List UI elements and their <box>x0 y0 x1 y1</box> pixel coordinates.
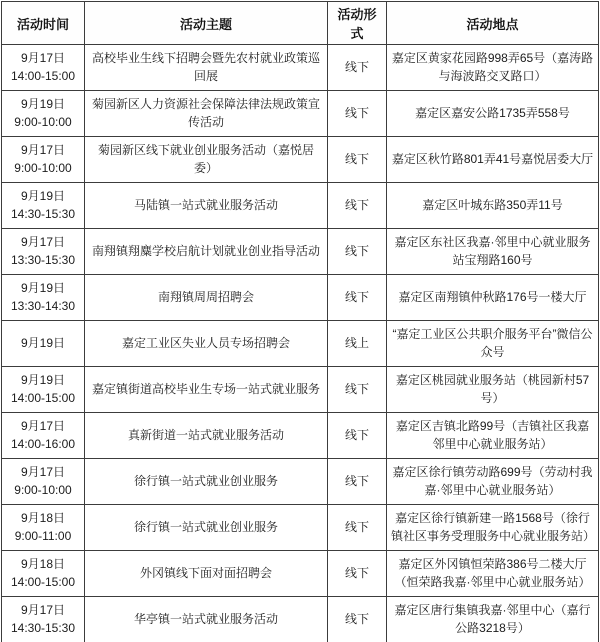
activity-time-range: 9:00-11:00 <box>6 528 80 545</box>
cell-activity-theme: 高校毕业生线下招聘会暨先农村就业政策巡回展 <box>85 45 328 91</box>
table-row: 9月17日 14:00-16:00 真新街道一站式就业服务活动 线下 嘉定区吉镇… <box>2 413 599 459</box>
cell-activity-theme: 南翔镇周周招聘会 <box>85 275 328 321</box>
cell-activity-location: 嘉定区南翔镇仲秋路176号一楼大厅 <box>387 275 599 321</box>
table-header: 活动时间 活动主题 活动形式 活动地点 <box>2 2 599 45</box>
cell-activity-format: 线下 <box>328 459 387 505</box>
table-row: 9月19日 13:30-14:30 南翔镇周周招聘会 线下 嘉定区南翔镇仲秋路1… <box>2 275 599 321</box>
activity-date: 9月17日 <box>6 50 80 67</box>
table-row: 9月17日 14:00-15:00 高校毕业生线下招聘会暨先农村就业政策巡回展 … <box>2 45 599 91</box>
activity-time-range: 14:30-15:30 <box>6 620 80 637</box>
activity-date: 9月17日 <box>6 142 80 159</box>
cell-activity-time: 9月19日 14:00-15:00 <box>2 367 85 413</box>
cell-activity-location: 嘉定区叶城东路350弄11号 <box>387 183 599 229</box>
cell-activity-time: 9月17日 14:00-16:00 <box>2 413 85 459</box>
cell-activity-time: 9月19日 9:00-10:00 <box>2 91 85 137</box>
table-row: 9月17日 9:00-10:00 菊园新区线下就业创业服务活动（嘉悦居委） 线下… <box>2 137 599 183</box>
cell-activity-location: 嘉定区东社区我嘉·邻里中心就业服务站宝翔路160号 <box>387 229 599 275</box>
activity-time-range: 14:00-15:00 <box>6 574 80 591</box>
activity-date: 9月17日 <box>6 464 80 481</box>
cell-activity-theme: 嘉定工业区失业人员专场招聘会 <box>85 321 328 367</box>
cell-activity-format: 线下 <box>328 45 387 91</box>
cell-activity-time: 9月19日 <box>2 321 85 367</box>
activity-time-range: 14:00-15:00 <box>6 390 80 407</box>
table-row: 9月17日 14:30-15:30 华亭镇一站式就业服务活动 线下 嘉定区唐行集… <box>2 597 599 642</box>
table-row: 9月18日 14:00-15:00 外冈镇线下面对面招聘会 线下 嘉定区外冈镇恒… <box>2 551 599 597</box>
table-row: 9月17日 9:00-10:00 徐行镇一站式就业创业服务 线下 嘉定区徐行镇劳… <box>2 459 599 505</box>
cell-activity-format: 线下 <box>328 505 387 551</box>
header-activity-time: 活动时间 <box>2 2 85 45</box>
activity-date: 9月17日 <box>6 602 80 619</box>
activity-date: 9月19日 <box>6 280 80 297</box>
cell-activity-format: 线下 <box>328 275 387 321</box>
cell-activity-location: 嘉定区外冈镇恒荣路386号二楼大厅（恒荣路我嘉·邻里中心就业服务站） <box>387 551 599 597</box>
activity-date: 9月18日 <box>6 510 80 527</box>
cell-activity-location: 嘉定区唐行集镇我嘉·邻里中心（嘉行公路3218号） <box>387 597 599 642</box>
header-activity-theme: 活动主题 <box>85 2 328 45</box>
activity-time-range: 9:00-10:00 <box>6 482 80 499</box>
header-activity-format: 活动形式 <box>328 2 387 45</box>
table-row: 9月17日 13:30-15:30 南翔镇翔麋学校启航计划就业创业指导活动 线下… <box>2 229 599 275</box>
cell-activity-theme: 外冈镇线下面对面招聘会 <box>85 551 328 597</box>
activity-date: 9月19日 <box>6 372 80 389</box>
cell-activity-time: 9月18日 9:00-11:00 <box>2 505 85 551</box>
activity-date: 9月19日 <box>6 96 80 113</box>
cell-activity-location: 嘉定区桃园就业服务站（桃园新村57号） <box>387 367 599 413</box>
activity-time-range: 9:00-10:00 <box>6 114 80 131</box>
cell-activity-location: 嘉定区徐行镇劳动路699号（劳动村我嘉·邻里中心就业服务站） <box>387 459 599 505</box>
cell-activity-format: 线下 <box>328 229 387 275</box>
activity-date: 9月19日 <box>6 335 80 352</box>
cell-activity-format: 线下 <box>328 551 387 597</box>
activity-time-range: 13:30-15:30 <box>6 252 80 269</box>
cell-activity-format: 线下 <box>328 413 387 459</box>
activity-time-range: 14:00-15:00 <box>6 68 80 85</box>
activity-time-range: 13:30-14:30 <box>6 298 80 315</box>
cell-activity-theme: 徐行镇一站式就业创业服务 <box>85 505 328 551</box>
cell-activity-format: 线下 <box>328 137 387 183</box>
cell-activity-format: 线下 <box>328 367 387 413</box>
cell-activity-format: 线上 <box>328 321 387 367</box>
cell-activity-location: 嘉定区秋竹路801弄41号嘉悦居委大厅 <box>387 137 599 183</box>
cell-activity-location: 嘉定区徐行镇新建一路1568号（徐行镇社区事务受理服务中心就业服务站） <box>387 505 599 551</box>
cell-activity-theme: 菊园新区线下就业创业服务活动（嘉悦居委） <box>85 137 328 183</box>
cell-activity-theme: 菊园新区人力资源社会保障法律法规政策宣传活动 <box>85 91 328 137</box>
cell-activity-time: 9月19日 14:30-15:30 <box>2 183 85 229</box>
cell-activity-location: 嘉定区吉镇北路99号（吉镇社区我嘉邻里中心就业服务站） <box>387 413 599 459</box>
cell-activity-location: “嘉定工业区公共职介服务平台”微信公众号 <box>387 321 599 367</box>
activity-table: 活动时间 活动主题 活动形式 活动地点 9月17日 14:00-15:00 高校… <box>1 1 599 642</box>
activity-time-range: 9:00-10:00 <box>6 160 80 177</box>
table-row: 9月19日 14:00-15:00 嘉定镇街道高校毕业生专场一站式就业服务 线下… <box>2 367 599 413</box>
table-row: 9月19日 嘉定工业区失业人员专场招聘会 线上 “嘉定工业区公共职介服务平台”微… <box>2 321 599 367</box>
table-row: 9月19日 14:30-15:30 马陆镇一站式就业服务活动 线下 嘉定区叶城东… <box>2 183 599 229</box>
cell-activity-theme: 徐行镇一站式就业创业服务 <box>85 459 328 505</box>
cell-activity-format: 线下 <box>328 597 387 642</box>
cell-activity-theme: 南翔镇翔麋学校启航计划就业创业指导活动 <box>85 229 328 275</box>
activity-date: 9月18日 <box>6 556 80 573</box>
cell-activity-time: 9月17日 14:00-15:00 <box>2 45 85 91</box>
cell-activity-location: 嘉定区嘉安公路1735弄558号 <box>387 91 599 137</box>
table-row: 9月18日 9:00-11:00 徐行镇一站式就业创业服务 线下 嘉定区徐行镇新… <box>2 505 599 551</box>
cell-activity-format: 线下 <box>328 183 387 229</box>
cell-activity-theme: 华亭镇一站式就业服务活动 <box>85 597 328 642</box>
cell-activity-time: 9月17日 14:30-15:30 <box>2 597 85 642</box>
table-row: 9月19日 9:00-10:00 菊园新区人力资源社会保障法律法规政策宣传活动 … <box>2 91 599 137</box>
cell-activity-time: 9月19日 13:30-14:30 <box>2 275 85 321</box>
activity-time-range: 14:30-15:30 <box>6 206 80 223</box>
cell-activity-location: 嘉定区黄家花园路998弄65号（嘉涛路与海波路交叉路口） <box>387 45 599 91</box>
header-row: 活动时间 活动主题 活动形式 活动地点 <box>2 2 599 45</box>
activity-date: 9月19日 <box>6 188 80 205</box>
activity-schedule-page: 活动时间 活动主题 活动形式 活动地点 9月17日 14:00-15:00 高校… <box>0 0 600 642</box>
cell-activity-theme: 嘉定镇街道高校毕业生专场一站式就业服务 <box>85 367 328 413</box>
cell-activity-time: 9月17日 9:00-10:00 <box>2 459 85 505</box>
cell-activity-time: 9月17日 9:00-10:00 <box>2 137 85 183</box>
activity-time-range: 14:00-16:00 <box>6 436 80 453</box>
cell-activity-time: 9月17日 13:30-15:30 <box>2 229 85 275</box>
activity-date: 9月17日 <box>6 418 80 435</box>
cell-activity-theme: 马陆镇一站式就业服务活动 <box>85 183 328 229</box>
table-body: 9月17日 14:00-15:00 高校毕业生线下招聘会暨先农村就业政策巡回展 … <box>2 45 599 642</box>
cell-activity-format: 线下 <box>328 91 387 137</box>
header-activity-location: 活动地点 <box>387 2 599 45</box>
cell-activity-theme: 真新街道一站式就业服务活动 <box>85 413 328 459</box>
activity-date: 9月17日 <box>6 234 80 251</box>
cell-activity-time: 9月18日 14:00-15:00 <box>2 551 85 597</box>
